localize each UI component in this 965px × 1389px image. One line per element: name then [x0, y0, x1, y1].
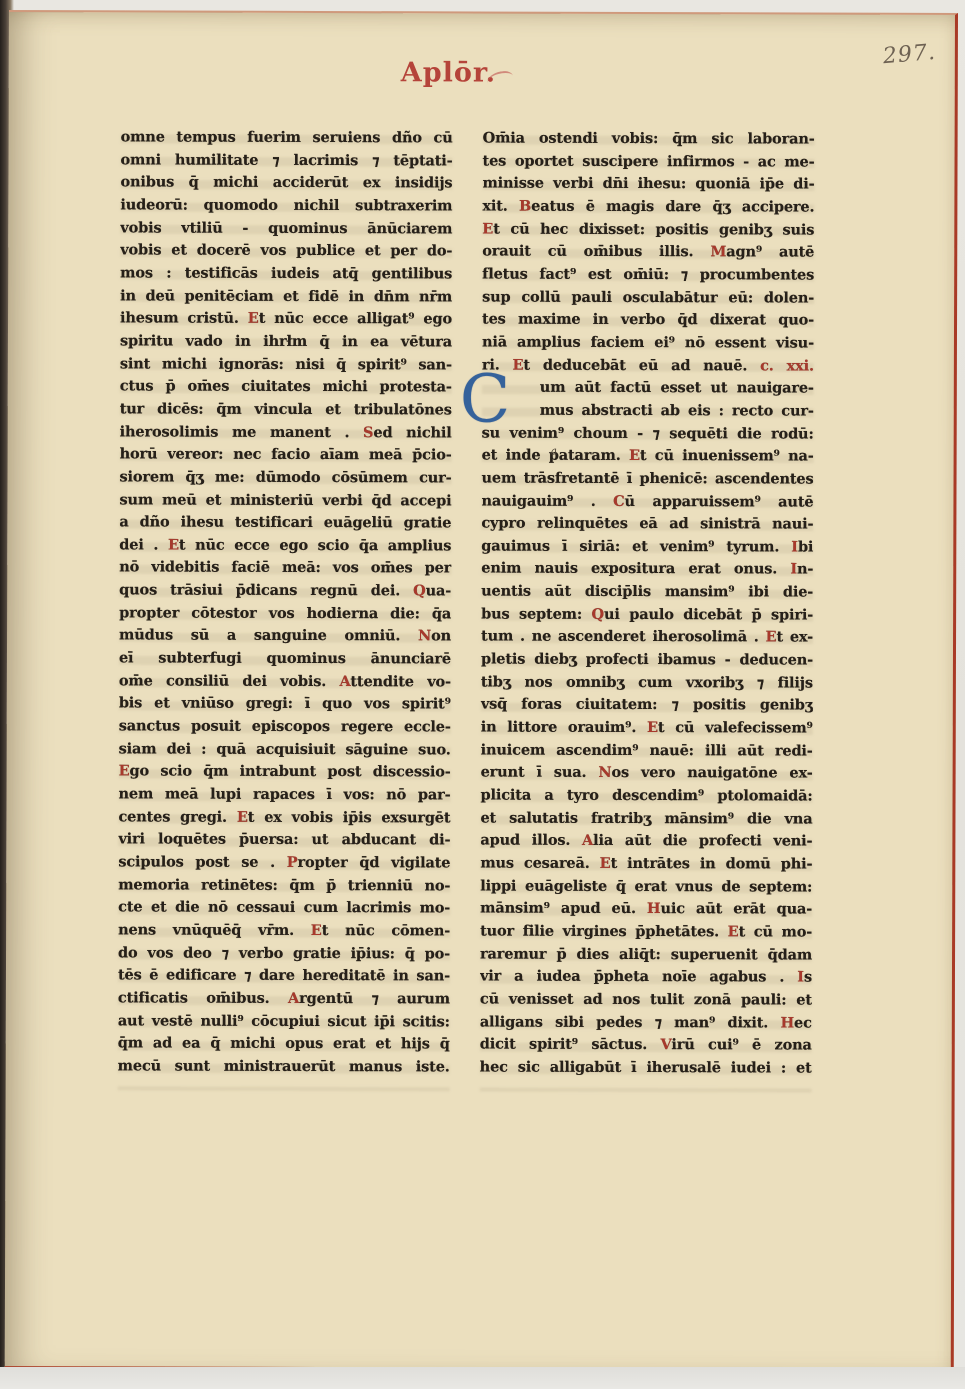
- text-line: erunt ī sua. Nos vero nauigatōne ex-: [481, 762, 813, 786]
- text-line: vsq̄ foras ciuitatem: ⁊ positis genibʒ: [481, 694, 813, 718]
- text-line: scipulos post se . Propter q̄d vigilate: [118, 851, 450, 875]
- text-line: in deū penitēciam et fidē in dn̄m nr̄m: [120, 285, 452, 309]
- text-line: omni humilitate ⁊ lacrimis ⁊ tēptati-: [120, 149, 452, 173]
- text-line: nens vnūquēq̄ vr̄m. Et nūc cōmen-: [118, 919, 450, 943]
- text-line: vobis et docerē vos publice et per do-: [120, 240, 452, 264]
- text-line: orauit cū om̄ibus illis. Magn⁹ autē: [482, 241, 814, 265]
- text-line: mus abstracti ab eis : recto cur-: [482, 399, 814, 423]
- text-line: vir a iudea p̄pheta noīe agabus . Is: [480, 966, 812, 990]
- text-line: mecū sunt ministrauerūt manus iste.: [118, 1055, 450, 1079]
- text-line: nō videbitis faciē meā: vos om̄es per: [119, 557, 451, 581]
- text-line: uentis aūt discip̄lis mansim⁹ ibi die-: [481, 581, 813, 605]
- text-line: sanctus posuit episcopos regere eccle-: [119, 715, 451, 739]
- text-line: sint michi ignorās: nisi q̄ spirit⁹ san-: [120, 353, 452, 377]
- text-line: et salutatis fratribʒ mānsim⁹ die vna: [480, 807, 812, 831]
- text-line: siorem q̄ʒ me: dūmodo cōsūmem cur-: [120, 466, 452, 490]
- text-line: dicit spirit⁹ sāctus. Virū cui⁹ ē zona: [480, 1034, 812, 1058]
- text-line: omne tempus fuerim seruiens dño cū: [121, 126, 453, 150]
- text-line: cypro relinquētes eā ad sinistrā naui-: [481, 513, 813, 537]
- text-column-right: C Om̄ia ostendi vobis: q̄m sic laboran-t…: [480, 128, 815, 1085]
- text-line: aut vestē nulli⁹ cōcupiui sicut ip̄i sci…: [118, 1010, 450, 1034]
- text-line: viri loquētes p̄uersa: ut abducant di-: [118, 829, 450, 853]
- text-line: bus septem: Qui paulo dicebāt p̄ spiri-: [481, 603, 813, 627]
- text-line: quos trāsiui p̄dicans regnū dei. Qua-: [119, 579, 451, 603]
- illuminated-initial: C: [460, 370, 511, 428]
- text-line: tum . ne ascenderet iherosolimā . Et ex-: [481, 626, 813, 650]
- text-line: nem meā lupi rapaces ī vos: nō par-: [119, 783, 451, 807]
- text-line: horū vereor: nec facio aīam meā p̄cio-: [120, 444, 452, 468]
- text-line: iudeorū: quomodo nichil subtraxerim: [120, 194, 452, 218]
- text-line: sum meū et ministeriū verbi q̄d accepi: [119, 489, 451, 513]
- text-line: inuicem ascendim⁹ nauē: illi aūt redi-: [481, 739, 813, 763]
- manuscript-page: 297. Aplōr. omne tempus fuerim seruiens …: [5, 10, 958, 1372]
- folio-number: 297.: [882, 38, 964, 70]
- text-line: ctus p̄ om̄es ciuitates michi protesta-: [120, 376, 452, 400]
- text-line: tes maxime in verbo q̄d dixerat quo-: [482, 309, 814, 333]
- text-line: pletis diebʒ profecti ibamus - deducen-: [481, 649, 813, 673]
- text-line: hec sic alligabūt ī iherusalē iudei : et: [480, 1056, 812, 1080]
- text-line: xit. Beatus ē magis dare q̄ʒ accipere.: [482, 195, 814, 219]
- text-line: siam dei : quā acquisiuit sāguine suo.: [119, 738, 451, 762]
- text-line: apud illos. Alia aūt die profecti veni-: [480, 830, 812, 854]
- text-line: tuor filie virgines p̄phetātes. Et cū mo…: [480, 920, 812, 944]
- text-line: dei . Et nūc ecce ego scio q̄a amplius: [119, 534, 451, 558]
- text-line: raremur p̄ dies aliq̄t: superuenit q̄dam: [480, 943, 812, 967]
- text-line: iherosolimis me manent . Sed nichil: [120, 421, 452, 445]
- text-line: cū venisset ad nos tulit zonā pauli: et: [480, 988, 812, 1012]
- text-line: enim nauis expositura erat onus. In-: [481, 558, 813, 582]
- text-line: gauimus ī siriā: et venim⁹ tyrum. Ibi: [481, 535, 813, 559]
- text-line: tes oportet suscipere infirmos - ac me-: [482, 150, 814, 174]
- text-line: tēs ē edificare ⁊ dare hereditatē in san…: [118, 965, 450, 989]
- text-column-left: omne tempus fuerim seruiens dño cūomni h…: [118, 126, 453, 1083]
- text-line: om̄e consiliū dei vobis. Attendite vo-: [119, 670, 451, 694]
- text-line: spiritu vado in ihrłm q̄ in ea vētura: [120, 330, 452, 354]
- text-line: et inde pataram. Et cū inuenissem⁹ na-: [482, 445, 814, 469]
- text-line: in littore orauim⁹. Et cū valefecissem⁹: [481, 717, 813, 741]
- running-title: Aplōr.: [401, 57, 496, 88]
- text-line: mos : testificās iudeis atq̄ gentilibus: [120, 262, 452, 286]
- text-line: mus cesareā. Et intrātes in domū phi-: [480, 853, 812, 877]
- text-line: memoria retinētes: q̄m p̄ trienniū no-: [118, 874, 450, 898]
- table-cloth-background: [0, 1367, 965, 1389]
- text-line: centes gregi. Et ex vobis ip̄is exsurgēt: [118, 806, 450, 830]
- text-line: plicita a tyro descendim⁹ ptolomaidā:: [481, 785, 813, 809]
- text-line: do vos deo ⁊ verbo gratie ip̄ius: q̄ po-: [118, 942, 450, 966]
- text-line: ri. Et deducebāt eū ad nauē. c. xxi.: [482, 354, 814, 378]
- text-line: alligans sibi pedes ⁊ man⁹ dixit. Hec: [480, 1011, 812, 1035]
- text-line: Et cū hec dixisset: positis genibʒ suis: [482, 218, 814, 242]
- text-line: eī subterfugi quominus ānunciarē: [119, 647, 451, 671]
- text-line: niā amplius faciem ei⁹ nō essent visu-: [482, 331, 814, 355]
- text-line: tibʒ nos omnibʒ cum vxoribʒ ⁊ filijs: [481, 671, 813, 695]
- text-line: a dño ihesu testificari euāgeliū gratie: [119, 512, 451, 536]
- text-line: ctificatis om̄ibus. Argentū ⁊ aurum: [118, 987, 450, 1011]
- text-line: Ego scio q̄m intrabunt post discessio-: [119, 761, 451, 785]
- text-line: nauigauim⁹ . Cū apparuissem⁹ autē: [481, 490, 813, 514]
- text-line: Om̄ia ostendi vobis: q̄m sic laboran-: [483, 128, 815, 152]
- text-line: cte et die nō cessaui cum lacrimis mo-: [118, 897, 450, 921]
- text-line: mūdus sū a sanguine omniū. Non: [119, 625, 451, 649]
- text-line: uem trāsfretantē ī phenicē: ascendentes: [481, 467, 813, 491]
- text-line: lippi euāgeliste q̄ erat vnus de septem:: [480, 875, 812, 899]
- photograph-of-manuscript: { "header": { "running_title": "Aplōr.",…: [0, 0, 965, 1389]
- text-line: um aūt factū esset ut nauigare-: [482, 377, 814, 401]
- text-line: ihesum cristū. Et nūc ecce alligat⁹ ego: [120, 308, 452, 332]
- text-line: vobis vtiliū - quominus ānūciarem: [120, 217, 452, 241]
- text-line: onibus q̄ michi acciderūt ex insidijs: [120, 172, 452, 196]
- text-line: minisse verbi dn̄i ihesu: quoniā ip̄e di…: [482, 173, 814, 197]
- text-line: bis et vniūso gregi: ī quo vos spirit⁹: [119, 693, 451, 717]
- text-line: fletus fact⁹ est om̄iū: ⁊ procumbentes: [482, 263, 814, 287]
- text-line: su venim⁹ choum - ⁊ sequēti die rodū:: [482, 422, 814, 446]
- text-line: q̄m ad ea q̄ michi opus erat et hijs q̄: [118, 1033, 450, 1057]
- text-line: tur dicēs: q̄m vincula et tribulatōnes: [120, 398, 452, 422]
- text-line: mānsim⁹ apud eū. Huic aūt erāt qua-: [480, 898, 812, 922]
- text-line: propter cōtestor vos hodierna die: q̄a: [119, 602, 451, 626]
- text-line: sup collū pauli osculabātur eū: dolen-: [482, 286, 814, 310]
